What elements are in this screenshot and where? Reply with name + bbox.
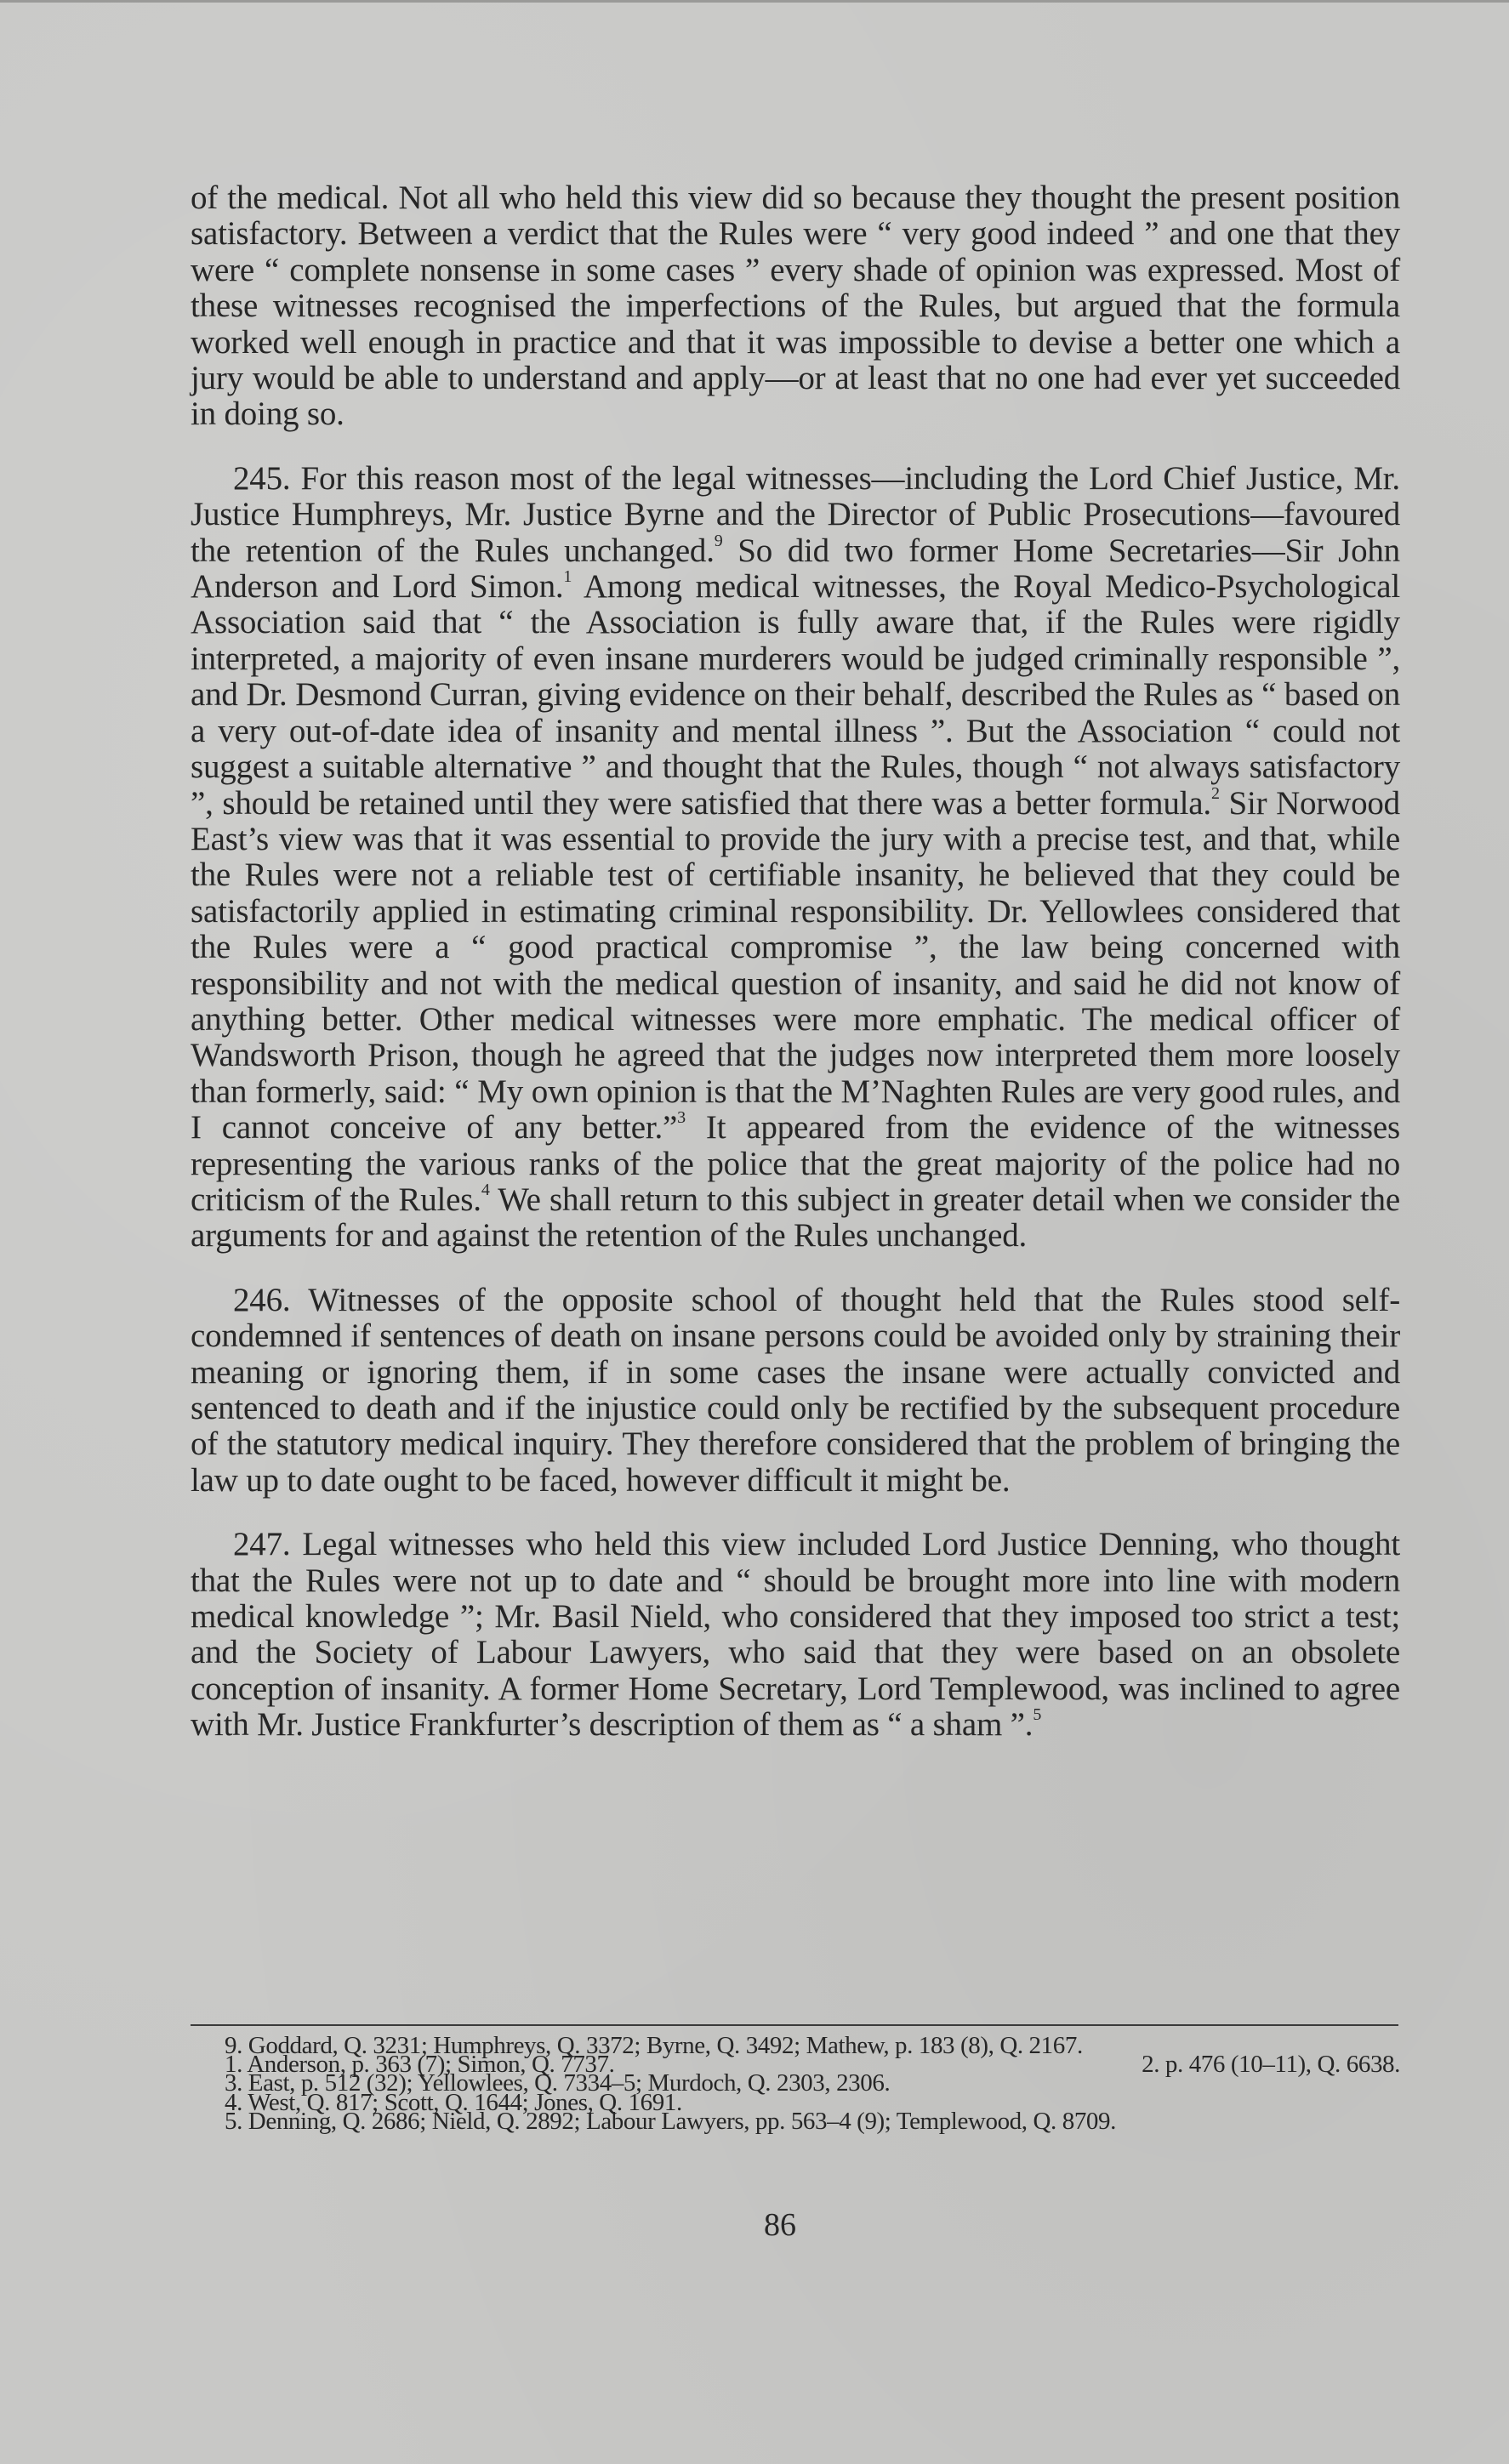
page-number: 86 bbox=[0, 2206, 1509, 2244]
footnote-reference: 5 bbox=[1033, 1705, 1041, 1724]
paragraph-number: 245. bbox=[233, 460, 290, 497]
paragraph-number: 246. bbox=[233, 1282, 290, 1318]
page-top-edge bbox=[0, 0, 1509, 3]
paragraph-continuation: of the medical. Not all who held this vi… bbox=[191, 180, 1400, 433]
paragraph-number: 247. bbox=[233, 1526, 290, 1562]
paragraph-245: 245. For this reason most of the legal w… bbox=[191, 461, 1400, 1255]
paragraph-text: Legal witnesses who held this view inclu… bbox=[191, 1526, 1400, 1743]
footnote-5: 5. Denning, Q. 2686; Nield, Q. 2892; Lab… bbox=[225, 2112, 1400, 2131]
document-page: of the medical. Not all who held this vi… bbox=[0, 0, 1509, 2464]
paragraph-text: Sir Norwood East’s view was that it was … bbox=[191, 785, 1400, 1147]
footnote-reference: 9 bbox=[715, 532, 723, 550]
footnote-reference: 2 bbox=[1211, 784, 1220, 803]
footnote-reference: 1 bbox=[563, 567, 572, 586]
paragraph-246: 246. Witnesses of the opposite school of… bbox=[191, 1283, 1400, 1499]
body-text: of the medical. Not all who held this vi… bbox=[191, 180, 1400, 1744]
paragraph-text: of the medical. Not all who held this vi… bbox=[191, 179, 1400, 432]
paragraph-247: 247. Legal witnesses who held this view … bbox=[191, 1527, 1400, 1743]
footnote-reference: 4 bbox=[481, 1181, 490, 1199]
footnote-text: 2. p. 476 (10–11), Q. 6638. bbox=[1142, 2055, 1400, 2074]
footnote-text: 5. Denning, Q. 2686; Nield, Q. 2892; Lab… bbox=[225, 2112, 1116, 2131]
footnote-reference: 3 bbox=[677, 1108, 686, 1127]
footnote-divider bbox=[191, 2024, 1398, 2026]
paragraph-text: Witnesses of the opposite school of thou… bbox=[191, 1282, 1400, 1499]
paragraph-text: Among medical witnesses, the Royal Medic… bbox=[191, 568, 1400, 821]
footnotes: 9. Goddard, Q. 3231; Humphreys, Q. 3372;… bbox=[225, 2036, 1400, 2131]
